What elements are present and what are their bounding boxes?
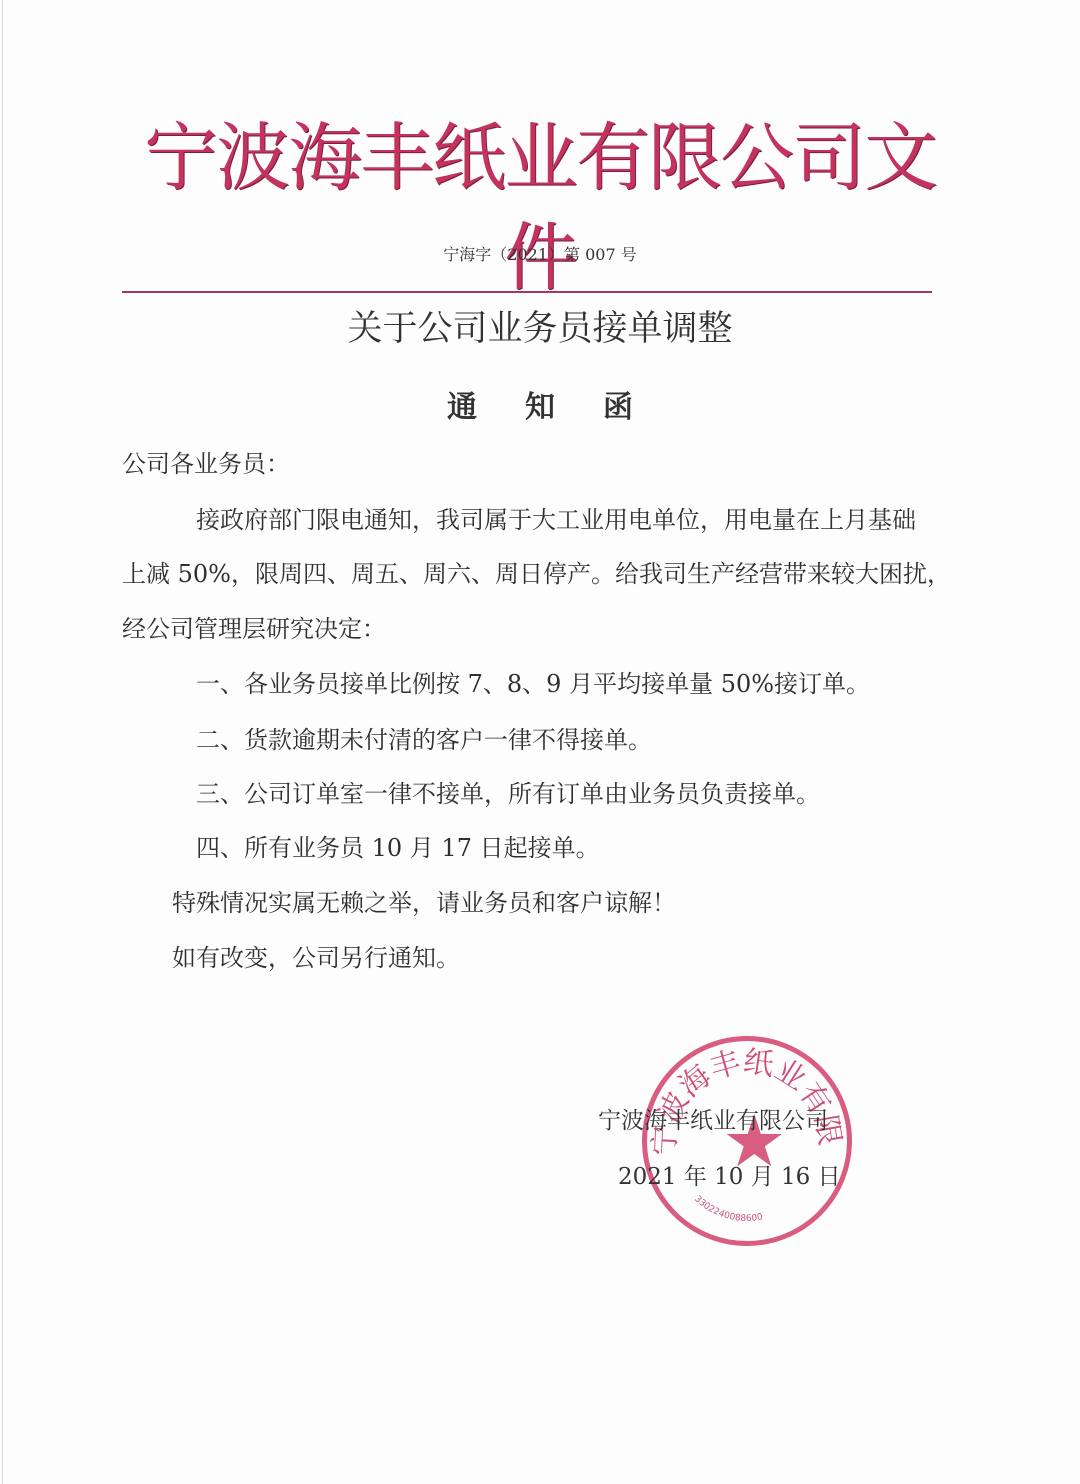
signature-company: 宁波海丰纸业有限公司 — [598, 1104, 828, 1138]
intro-line-3: 经公司管理层研究决定： — [122, 611, 386, 647]
decision-item-1: 一、各业务员接单比例按 7、8、9 月平均接单量 50%接订单。 — [196, 666, 870, 702]
header-divider — [122, 291, 932, 293]
notice-type-title: 通知函 — [0, 386, 1080, 430]
decision-item-3: 三、公司订单室一律不接单，所有订单由业务员负责接单。 — [196, 776, 820, 812]
decision-item-2: 二、货款逾期未付清的客户一律不得接单。 — [196, 722, 652, 758]
decision-item-4: 四、所有业务员 10 月 17 日起接单。 — [196, 830, 600, 866]
company-seal: 宁波海丰纸业有限公司 3302240088600 ★ — [642, 1036, 852, 1246]
intro-line-1: 接政府部门限电通知，我司属于大工业用电单位，用电量在上月基础 — [196, 502, 916, 538]
signature-date: 2021 年 10 月 16 日 — [618, 1160, 841, 1194]
intro-line-2: 上减 50%，限周四、周五、周六、周日停产。给我司生产经营带来较大困扰， — [122, 556, 951, 592]
svg-text:3302240088600: 3302240088600 — [692, 1194, 764, 1224]
seal-number-text: 3302240088600 — [692, 1194, 764, 1224]
page-edge — [2, 0, 3, 1484]
subject-title: 关于公司业务员接单调整 — [0, 304, 1080, 354]
closing-line-1: 特殊情况实属无赖之举，请业务员和客户谅解！ — [172, 885, 676, 921]
document-number: 宁海字（2021）第 007 号 — [0, 242, 1080, 265]
company-document-title: 宁波海丰纸业有限公司文件 — [120, 108, 960, 308]
closing-line-2: 如有改变，公司另行通知。 — [172, 940, 460, 976]
salutation: 公司各业务员： — [122, 446, 290, 482]
